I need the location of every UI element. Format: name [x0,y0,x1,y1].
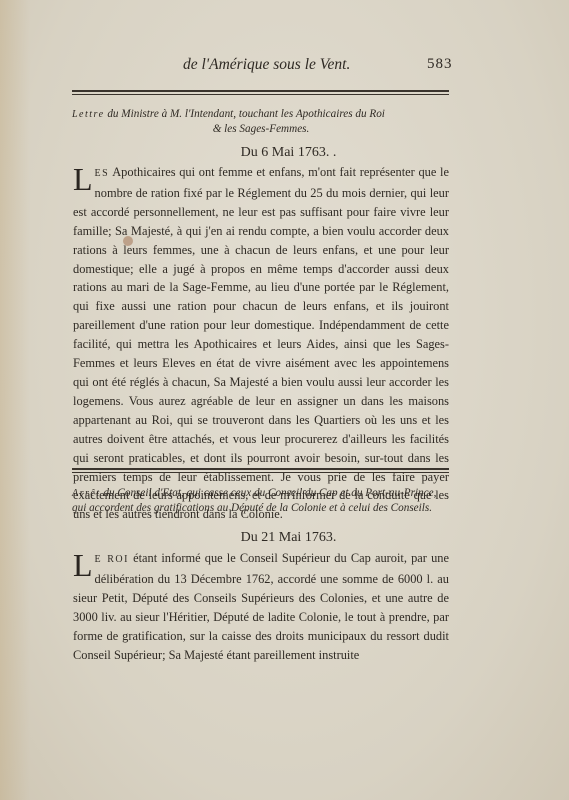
body-paragraph: étant informé que le Conseil Supérieur d… [73,551,449,662]
section-body-arret: Le Roi étant informé que le Conseil Supé… [73,549,449,664]
page-edge-shading [0,0,30,800]
first-word-smallcaps: es [95,168,110,179]
first-word-smallcaps: e Roi [95,554,129,565]
heading-line: du Ministre à M. l'Intendant, touchant l… [105,108,385,120]
ink-stain [123,236,133,246]
running-head: de l'Amérique sous le Vent. 583 [0,56,569,76]
heading-line: du Conseil d'Etat, qui casse ceux du Con… [72,487,436,514]
heading-smallcaps: Arrêt [72,488,101,499]
heading-line-2: & les Sages-Femmes. [72,122,450,136]
book-page: de l'Amérique sous le Vent. 583 Lettre d… [0,0,569,800]
section-divider-rule [72,90,449,95]
section-date: Du 6 Mai 1763. . [0,145,569,161]
heading-smallcaps: Lettre [72,109,105,120]
drop-cap: L [73,165,93,193]
section-heading-lettre: Lettre du Ministre à M. l'Intendant, tou… [72,107,450,136]
drop-cap: L [73,551,93,579]
section-divider-rule [72,468,449,473]
section-date: Du 21 Mai 1763. [0,530,569,546]
running-title: de l'Amérique sous le Vent. [183,56,350,74]
section-heading-arret: Arrêt du Conseil d'Etat, qui casse ceux … [72,486,450,515]
page-number: 583 [427,56,453,73]
